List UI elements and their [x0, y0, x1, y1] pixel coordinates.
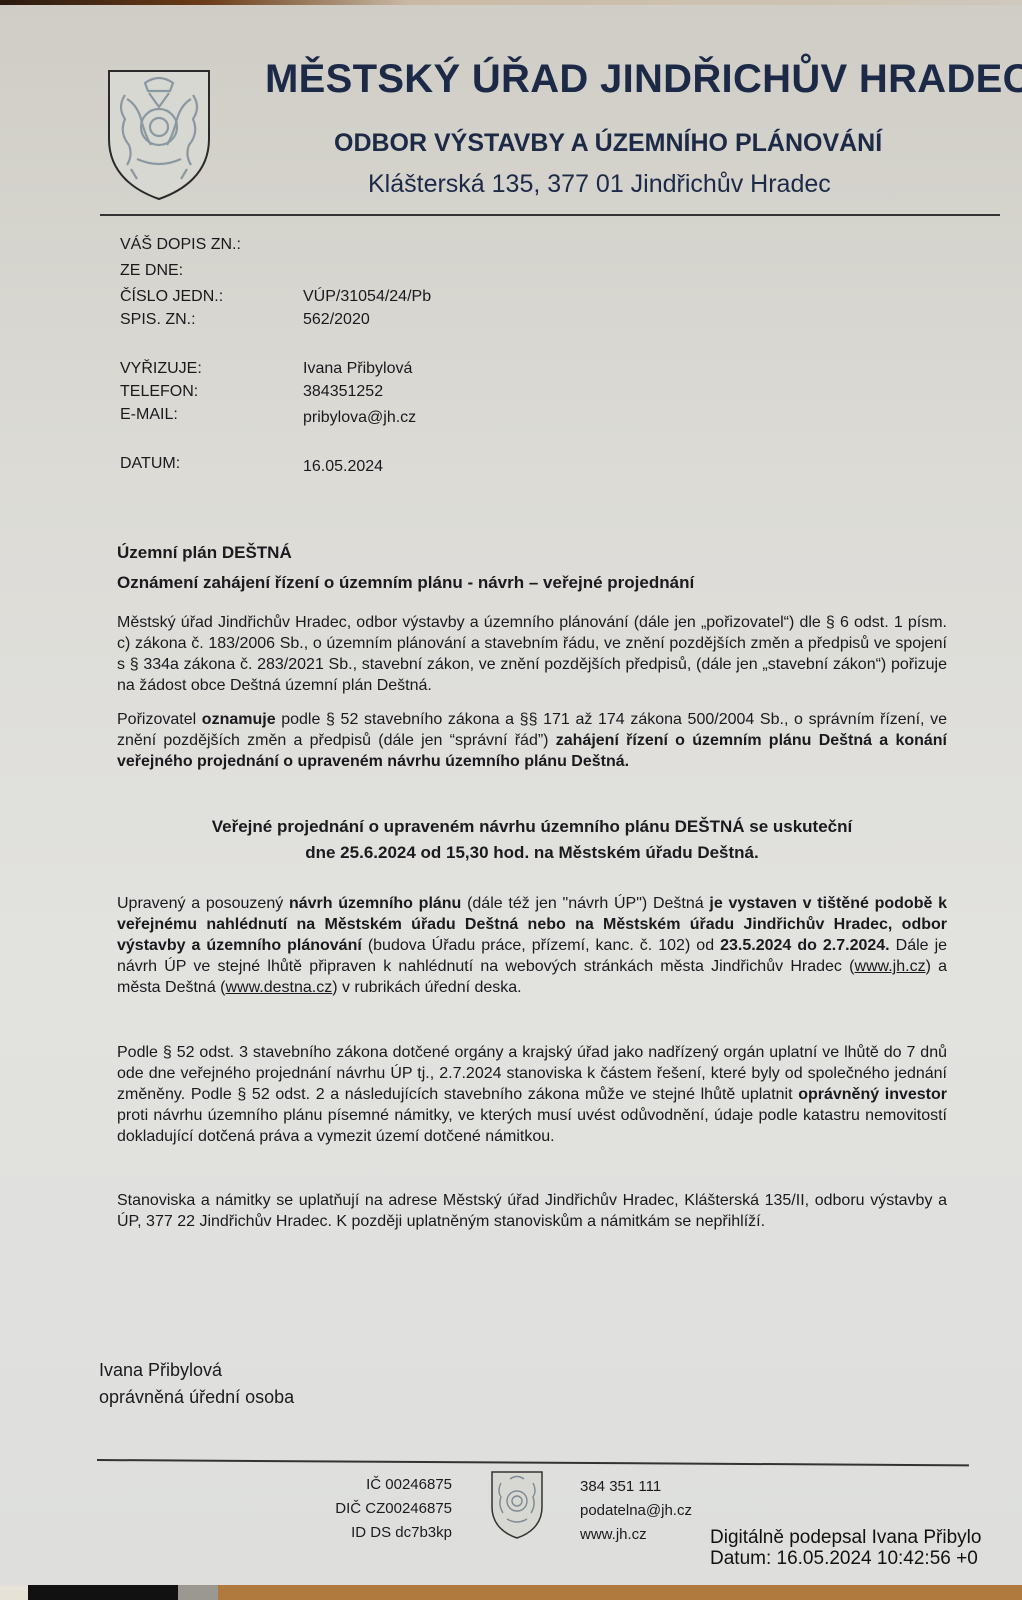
text-run: Upravený a posouzený: [117, 895, 289, 912]
meta-row-date-of: ZE DNE:: [120, 262, 620, 284]
footer-dic: DIČ CZ00246875: [320, 1497, 452, 1521]
meta-value: 384351252: [303, 383, 383, 401]
meta-row-your-letter: VÁŠ DOPIS ZN.:: [120, 236, 620, 258]
meta-label: SPIS. ZN.:: [120, 311, 196, 329]
signatory-name: Ivana Přibylová: [99, 1360, 222, 1381]
footer-email[interactable]: podatelna@jh.cz: [580, 1499, 692, 1523]
meta-value: 562/2020: [303, 311, 370, 329]
paragraph-intro: Městský úřad Jindřichův Hradec, odbor vý…: [117, 612, 947, 696]
text-run: návrh územního plánu: [289, 895, 461, 912]
meta-row-handled-by: VYŘIZUJE: Ivana Přibylová: [120, 360, 620, 382]
hearing-announcement-line1: Veřejné projednání o upraveném návrhu úz…: [117, 815, 947, 839]
meta-label: ČÍSLO JEDN.:: [120, 288, 223, 306]
meta-row-file-number: SPIS. ZN.: 562/2020: [120, 311, 620, 333]
meta-row-date: DATUM: 16.05.2024: [120, 455, 620, 477]
background-desk: [0, 1585, 1022, 1600]
footer-ic: IČ 00246875: [320, 1473, 452, 1497]
digital-signature-date: Datum: 16.05.2024 10:42:56 +0: [710, 1548, 981, 1569]
department-name: ODBOR VÝSTAVBY A ÚZEMNÍHO PLÁNOVÁNÍ: [334, 129, 882, 158]
document-page: MĚSTSKÝ ÚŘAD JINDŘICHŮV HRADEC ODBOR VÝS…: [0, 5, 1022, 1588]
footer-phone: 384 351 111: [580, 1475, 692, 1499]
meta-label: TELEFON:: [120, 383, 198, 401]
paragraph-exhibition: Upravený a posouzený návrh územního plán…: [117, 893, 947, 998]
meta-row-email: E-MAIL: pribylova@jh.cz: [120, 406, 620, 428]
footer-divider: [97, 1459, 969, 1466]
meta-value: 16.05.2024: [303, 458, 383, 476]
footer-coat-of-arms-icon: [491, 1471, 543, 1539]
subject-title: Územní plán DEŠTNÁ: [117, 543, 292, 563]
meta-label: E-MAIL:: [120, 406, 178, 424]
meta-value: VÚP/31054/24/Pb: [303, 288, 431, 306]
background-object: [0, 1585, 28, 1600]
footer-id-ds: ID DS dc7b3kp: [320, 1521, 452, 1545]
web-link[interactable]: www.destna.cz: [225, 979, 332, 996]
text-run: ) v rubrikách úřední deska.: [332, 979, 521, 996]
paragraph-submission: Stanoviska a námitky se uplatňují na adr…: [117, 1190, 947, 1232]
digital-signature-stamp: Digitálně podepsal Ivana Přibylo Datum: …: [710, 1527, 981, 1569]
text-run: oprávněný investor: [798, 1086, 947, 1103]
office-address: Klášterská 135, 377 01 Jindřichův Hradec: [368, 170, 831, 199]
text-run: (budova Úřadu práce, přízemí, kanc. č. 1…: [362, 937, 720, 954]
subject-subtitle: Oznámení zahájení řízení o územním plánu…: [117, 573, 694, 593]
header-divider: [100, 214, 1000, 216]
meta-row-phone: TELEFON: 384351252: [120, 383, 620, 405]
background-object: [28, 1585, 178, 1600]
digital-signature-signer: Digitálně podepsal Ivana Přibylo: [710, 1527, 981, 1548]
footer-contacts: 384 351 111 podatelna@jh.cz www.jh.cz: [580, 1475, 692, 1547]
text-run: (dále též jen "návrh ÚP") Deštná: [461, 895, 709, 912]
meta-value: pribylova@jh.cz: [303, 409, 416, 427]
background-object: [178, 1585, 218, 1600]
meta-value: Ivana Přibylová: [303, 360, 412, 378]
signatory-role: oprávněná úřední osoba: [99, 1387, 294, 1408]
web-link[interactable]: www.jh.cz: [854, 958, 925, 975]
footer-ids: IČ 00246875 DIČ CZ00246875 ID DS dc7b3kp: [320, 1473, 452, 1545]
meta-label: ZE DNE:: [120, 262, 183, 280]
office-title: MĚSTSKÝ ÚŘAD JINDŘICHŮV HRADEC: [265, 57, 985, 102]
text-run: proti návrhu územního plánu písemné námi…: [117, 1107, 947, 1145]
text-run: oznamuje: [202, 711, 276, 728]
footer-web[interactable]: www.jh.cz: [580, 1523, 692, 1547]
hearing-announcement-line2: dne 25.6.2024 od 15,30 hod. na Městském …: [117, 841, 947, 865]
meta-row-reference-number: ČÍSLO JEDN.: VÚP/31054/24/Pb: [120, 288, 620, 310]
meta-label: VÁŠ DOPIS ZN.:: [120, 236, 241, 254]
paragraph-announcement: Pořizovatel oznamuje podle § 52 stavební…: [117, 709, 947, 772]
meta-label: DATUM:: [120, 455, 180, 473]
meta-label: VYŘIZUJE:: [120, 360, 202, 378]
text-run: 23.5.2024 do 2.7.2024.: [720, 937, 890, 954]
text-run: Pořizovatel: [117, 711, 202, 728]
coat-of-arms-icon: [107, 69, 211, 201]
paragraph-objections: Podle § 52 odst. 3 stavebního zákona dot…: [117, 1042, 947, 1147]
